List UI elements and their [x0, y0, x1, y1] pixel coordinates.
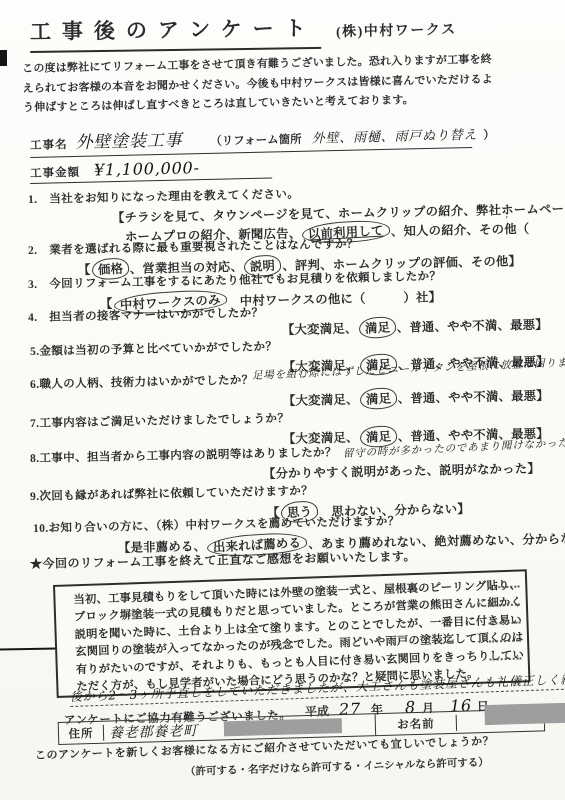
address-redaction	[224, 718, 342, 736]
address-label: 住所	[59, 724, 104, 741]
option-text: 【大変満足、	[282, 321, 358, 337]
intro-text: この度は弊社にてリフォーム工事をさせて頂き有難うございました。恐れ入りますが工事…	[22, 50, 503, 118]
work-amount-row: 工事金額 ¥1,100,000-	[30, 157, 272, 184]
reform-location-close: ）	[483, 126, 495, 142]
question-9-text: 9.次回も縁があれば弊社に依頼していただけますか？	[30, 482, 313, 504]
name-redaction	[484, 701, 565, 725]
project-name-row: 工事名 外壁塗装工事 （リフォーム箇所 外壁、雨樋、雨戸ぬり替え ）	[30, 119, 473, 158]
question-7-text: 7.工事内容はご満足いただけましたでしょうか？	[30, 410, 290, 431]
scanned-survey-document: ’ 工事後のアンケート (株)中村ワークス この度は弊社にてリフォーム工事をさせ…	[0, 0, 565, 800]
name-label: お名前	[376, 714, 457, 732]
question-8-options: 【分かりやすく説明があった、説明がなかった】	[263, 458, 540, 482]
question-4-text: 4. 担当者の接客マナーはいかがでしたか？	[28, 304, 264, 325]
reform-location-label: （リフォーム箇所	[210, 131, 302, 149]
option-text: 、普通、やや不満、最悪】	[398, 389, 549, 406]
option-text: 【大変満足、	[283, 392, 359, 408]
option-text: 、普通、やや不満、最悪】	[397, 318, 548, 335]
scan-artifact-left-line	[0, 648, 57, 651]
circled-answer: 満足	[358, 316, 396, 339]
consent-options: （許可する・名字だけなら許可する・イニシャルなら許可する）	[185, 754, 489, 779]
question-5-text: 5.金額は当初の予算と比べていかがでしたか？	[30, 338, 278, 359]
company-name: (株)中村ワークス	[336, 19, 457, 42]
question-4-options: 【大変満足、満足、普通、やや不満、最悪】	[282, 314, 548, 340]
feedback-prompt: ★今回のリフォーム工事を終えて正直なご感想をお願いいたします。	[30, 547, 416, 572]
scan-artifact-corner-blob	[0, 50, 7, 66]
option-text: 、知人の紹介、その他（	[391, 222, 530, 239]
question-6-text: 6.職人の人柄、技術力はいかがでしたか？	[30, 372, 254, 392]
address-value: 養老郡養老町	[109, 720, 198, 742]
work-name-label: 工事名	[30, 136, 68, 153]
question-1-text: 1. 当社をお知りになった理由を教えてください。	[28, 186, 300, 207]
question-6-options: 【大変満足、満足、普通、やや不満、最悪】	[283, 385, 549, 411]
work-name-value: 外壁塗装工事	[75, 126, 182, 153]
circled-answer: 満足	[359, 387, 397, 410]
option-text: 【分かりやすく説明があった、説明がなかった】	[263, 461, 540, 481]
work-amount-label: 工事金額	[30, 164, 80, 181]
work-amount-value: ¥1,100,000-	[94, 158, 200, 179]
reform-location-value: 外壁、雨樋、雨戸ぬり替え	[311, 124, 477, 147]
page-title: 工事後のアンケート	[30, 12, 321, 53]
